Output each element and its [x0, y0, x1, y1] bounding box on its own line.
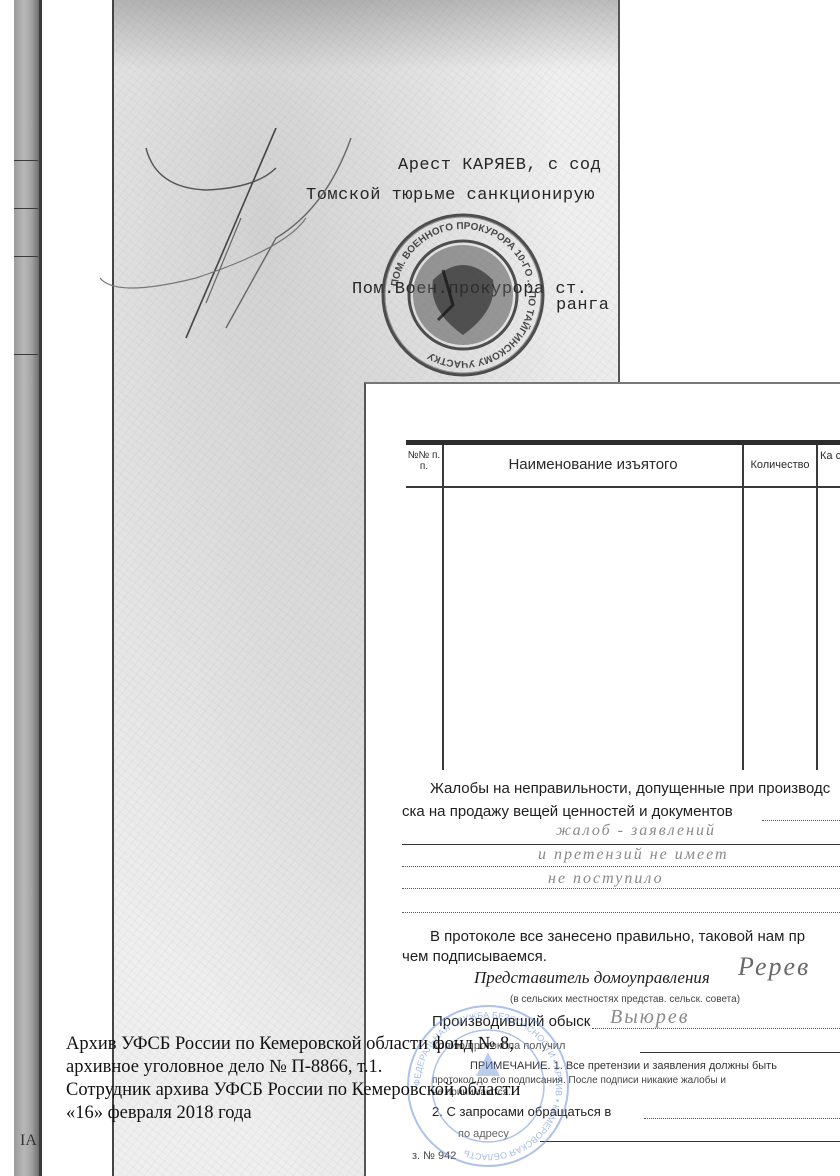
binding-strip: IA: [0, 0, 48, 1176]
archive-note-line2: архивное уголовное дело № П-8866, т.1.: [66, 1056, 520, 1079]
confirmation-text-line2: чем подписываемся.: [402, 948, 547, 965]
column-header-name: Наименование изъятого: [444, 457, 742, 474]
searcher-signature: Выюрев: [610, 1006, 689, 1029]
confirmation-text-line1: В протоколе все занесено правильно, тако…: [430, 928, 805, 945]
handwritten-complaint-line1: жалоб - заявлений: [556, 822, 716, 840]
binding-edge: [14, 0, 42, 1176]
archive-note-line1: Архив УФСБ России по Кемеровской области…: [66, 1033, 520, 1056]
archive-note-line3: Сотрудник архива УФСБ России по Кемеровс…: [66, 1079, 520, 1102]
seized-items-table: №№ п. п. Наименование изъятого Количеств…: [406, 440, 840, 770]
handwritten-complaint-line3: не поступило: [548, 870, 664, 888]
column-header-quantity: Количество: [744, 459, 816, 471]
typed-line-arrest: Арест КАРЯЕВ, с сод: [398, 156, 601, 175]
complaints-text-line2: ска на продажу вещей ценностей и докумен…: [402, 803, 733, 820]
complaints-text-line1: Жалобы на неправильности, допущенные при…: [430, 780, 830, 797]
column-header-cut-off: Ка с: [820, 450, 840, 462]
typed-line-rank: ранга: [556, 296, 610, 315]
archive-reference-note: Архив УФСБ России по Кемеровской области…: [66, 1033, 520, 1125]
round-seal-icon: ПОМ. ВОЕННОГО ПРОКУРОРА 10-ГО ... ПО ТАЙ…: [378, 210, 548, 380]
representative-label: Представитель домоуправления: [474, 968, 710, 988]
archive-note-line4: «16» февраля 2018 года: [66, 1102, 520, 1125]
representative-signature: Ререв: [738, 952, 810, 982]
binding-label: IA: [20, 1132, 37, 1150]
column-header-number: №№ п. п.: [406, 450, 442, 472]
strike-through-signature: [76, 128, 366, 388]
handwritten-complaint-line2: и претензий не имеет: [538, 846, 729, 864]
